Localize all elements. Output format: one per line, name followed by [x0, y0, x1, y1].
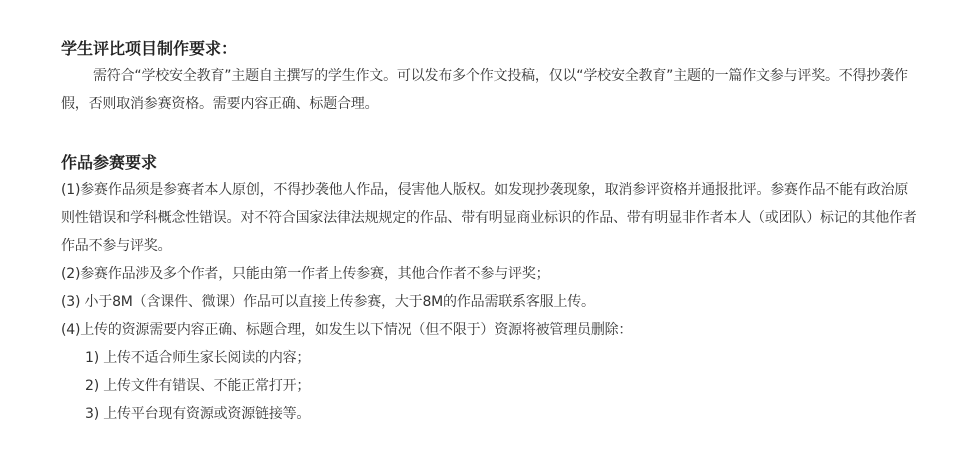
entry-requirements-section: 作品参赛要求 (1)参赛作品须是参赛者本人原创，不得抄袭他人作品，侵害他人版权。… — [61, 152, 921, 428]
deletion-case-2: 2) 上传文件有错误、不能正常打开； — [61, 372, 921, 400]
project-requirements-title: 学生评比项目制作要求： — [61, 38, 921, 60]
requirement-item-3: (3) 小于8M（含课件、微课）作品可以直接上传参赛，大于8M的作品需联系客服上… — [61, 288, 921, 316]
project-requirements-section: 学生评比项目制作要求： 需符合“学校安全教育”主题自主撰写的学生作文。可以发布多… — [61, 38, 921, 118]
entry-requirements-title: 作品参赛要求 — [61, 152, 921, 174]
requirement-item-2: (2)参赛作品涉及多个作者，只能由第一作者上传参赛，其他合作者不参与评奖； — [61, 260, 921, 288]
deletion-case-3: 3) 上传平台现有资源或资源链接等。 — [61, 400, 921, 428]
deletion-case-1: 1) 上传不适合师生家长阅读的内容； — [61, 344, 921, 372]
requirements-document: 学生评比项目制作要求： 需符合“学校安全教育”主题自主撰写的学生作文。可以发布多… — [0, 0, 921, 428]
requirement-item-1: (1)参赛作品须是参赛者本人原创，不得抄袭他人作品，侵害他人版权。如发现抄袭现象… — [61, 176, 921, 260]
requirement-item-4: (4)上传的资源需要内容正确、标题合理，如发生以下情况（但不限于）资源将被管理员… — [61, 316, 921, 344]
project-requirements-body: 需符合“学校安全教育”主题自主撰写的学生作文。可以发布多个作文投稿，仅以“学校安… — [61, 62, 921, 118]
